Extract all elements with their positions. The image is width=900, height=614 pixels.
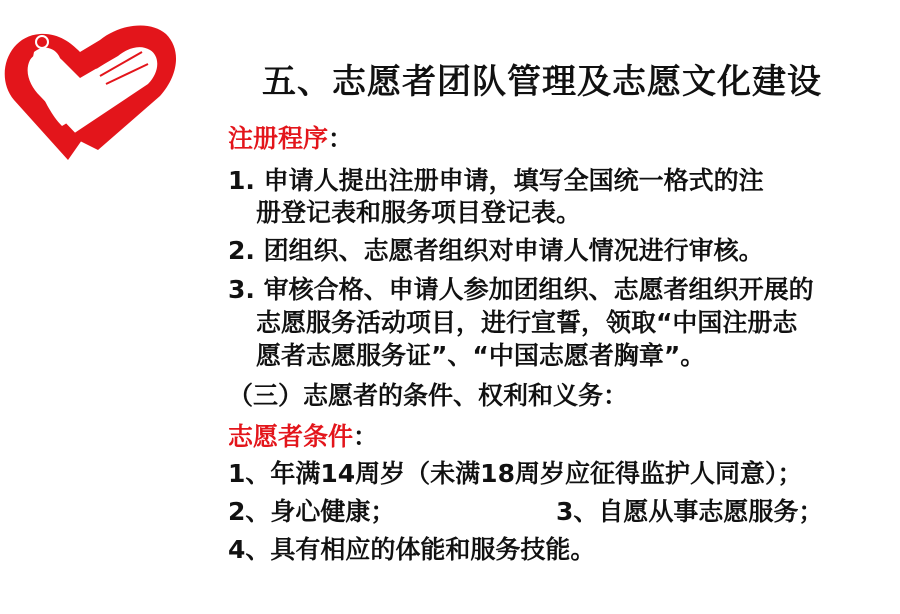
- registration-step-2: 2. 团组织、志愿者组织对申请人情况进行审核。: [228, 236, 764, 266]
- volunteer-logo-icon: [0, 0, 200, 190]
- condition-item-4: 4、具有相应的体能和服务技能。: [228, 535, 595, 565]
- registration-step-1-line-2: 册登记表和服务项目登记表。: [256, 198, 581, 228]
- registration-heading: 注册程序：: [228, 124, 353, 154]
- conditions-heading-colon: ：: [353, 422, 378, 451]
- registration-heading-label: 注册程序: [228, 124, 328, 153]
- condition-item-1: 1、年满14周岁（未满18周岁应征得监护人同意）；: [228, 459, 802, 489]
- conditions-heading-label: 志愿者条件: [228, 422, 353, 451]
- section-3-heading: （三）志愿者的条件、权利和义务：: [228, 381, 628, 411]
- registration-step-1-line-1: 1. 申请人提出注册申请，填写全国统一格式的注: [228, 166, 764, 196]
- registration-heading-colon: ：: [328, 124, 353, 153]
- registration-step-3-line-3: 愿者志愿服务证”、“中国志愿者胸章”。: [256, 341, 705, 371]
- registration-step-3-line-2: 志愿服务活动项目，进行宣誓，领取“中国注册志: [256, 308, 797, 338]
- conditions-heading: 志愿者条件：: [228, 422, 378, 452]
- registration-step-3-line-1: 3. 审核合格、申请人参加团组织、志愿者组织开展的: [228, 275, 814, 305]
- condition-item-2: 2、身心健康；: [228, 497, 395, 527]
- page-title: 五、志愿者团队管理及志愿文化建设: [262, 54, 822, 103]
- condition-item-3: 3、自愿从事志愿服务；: [556, 497, 823, 527]
